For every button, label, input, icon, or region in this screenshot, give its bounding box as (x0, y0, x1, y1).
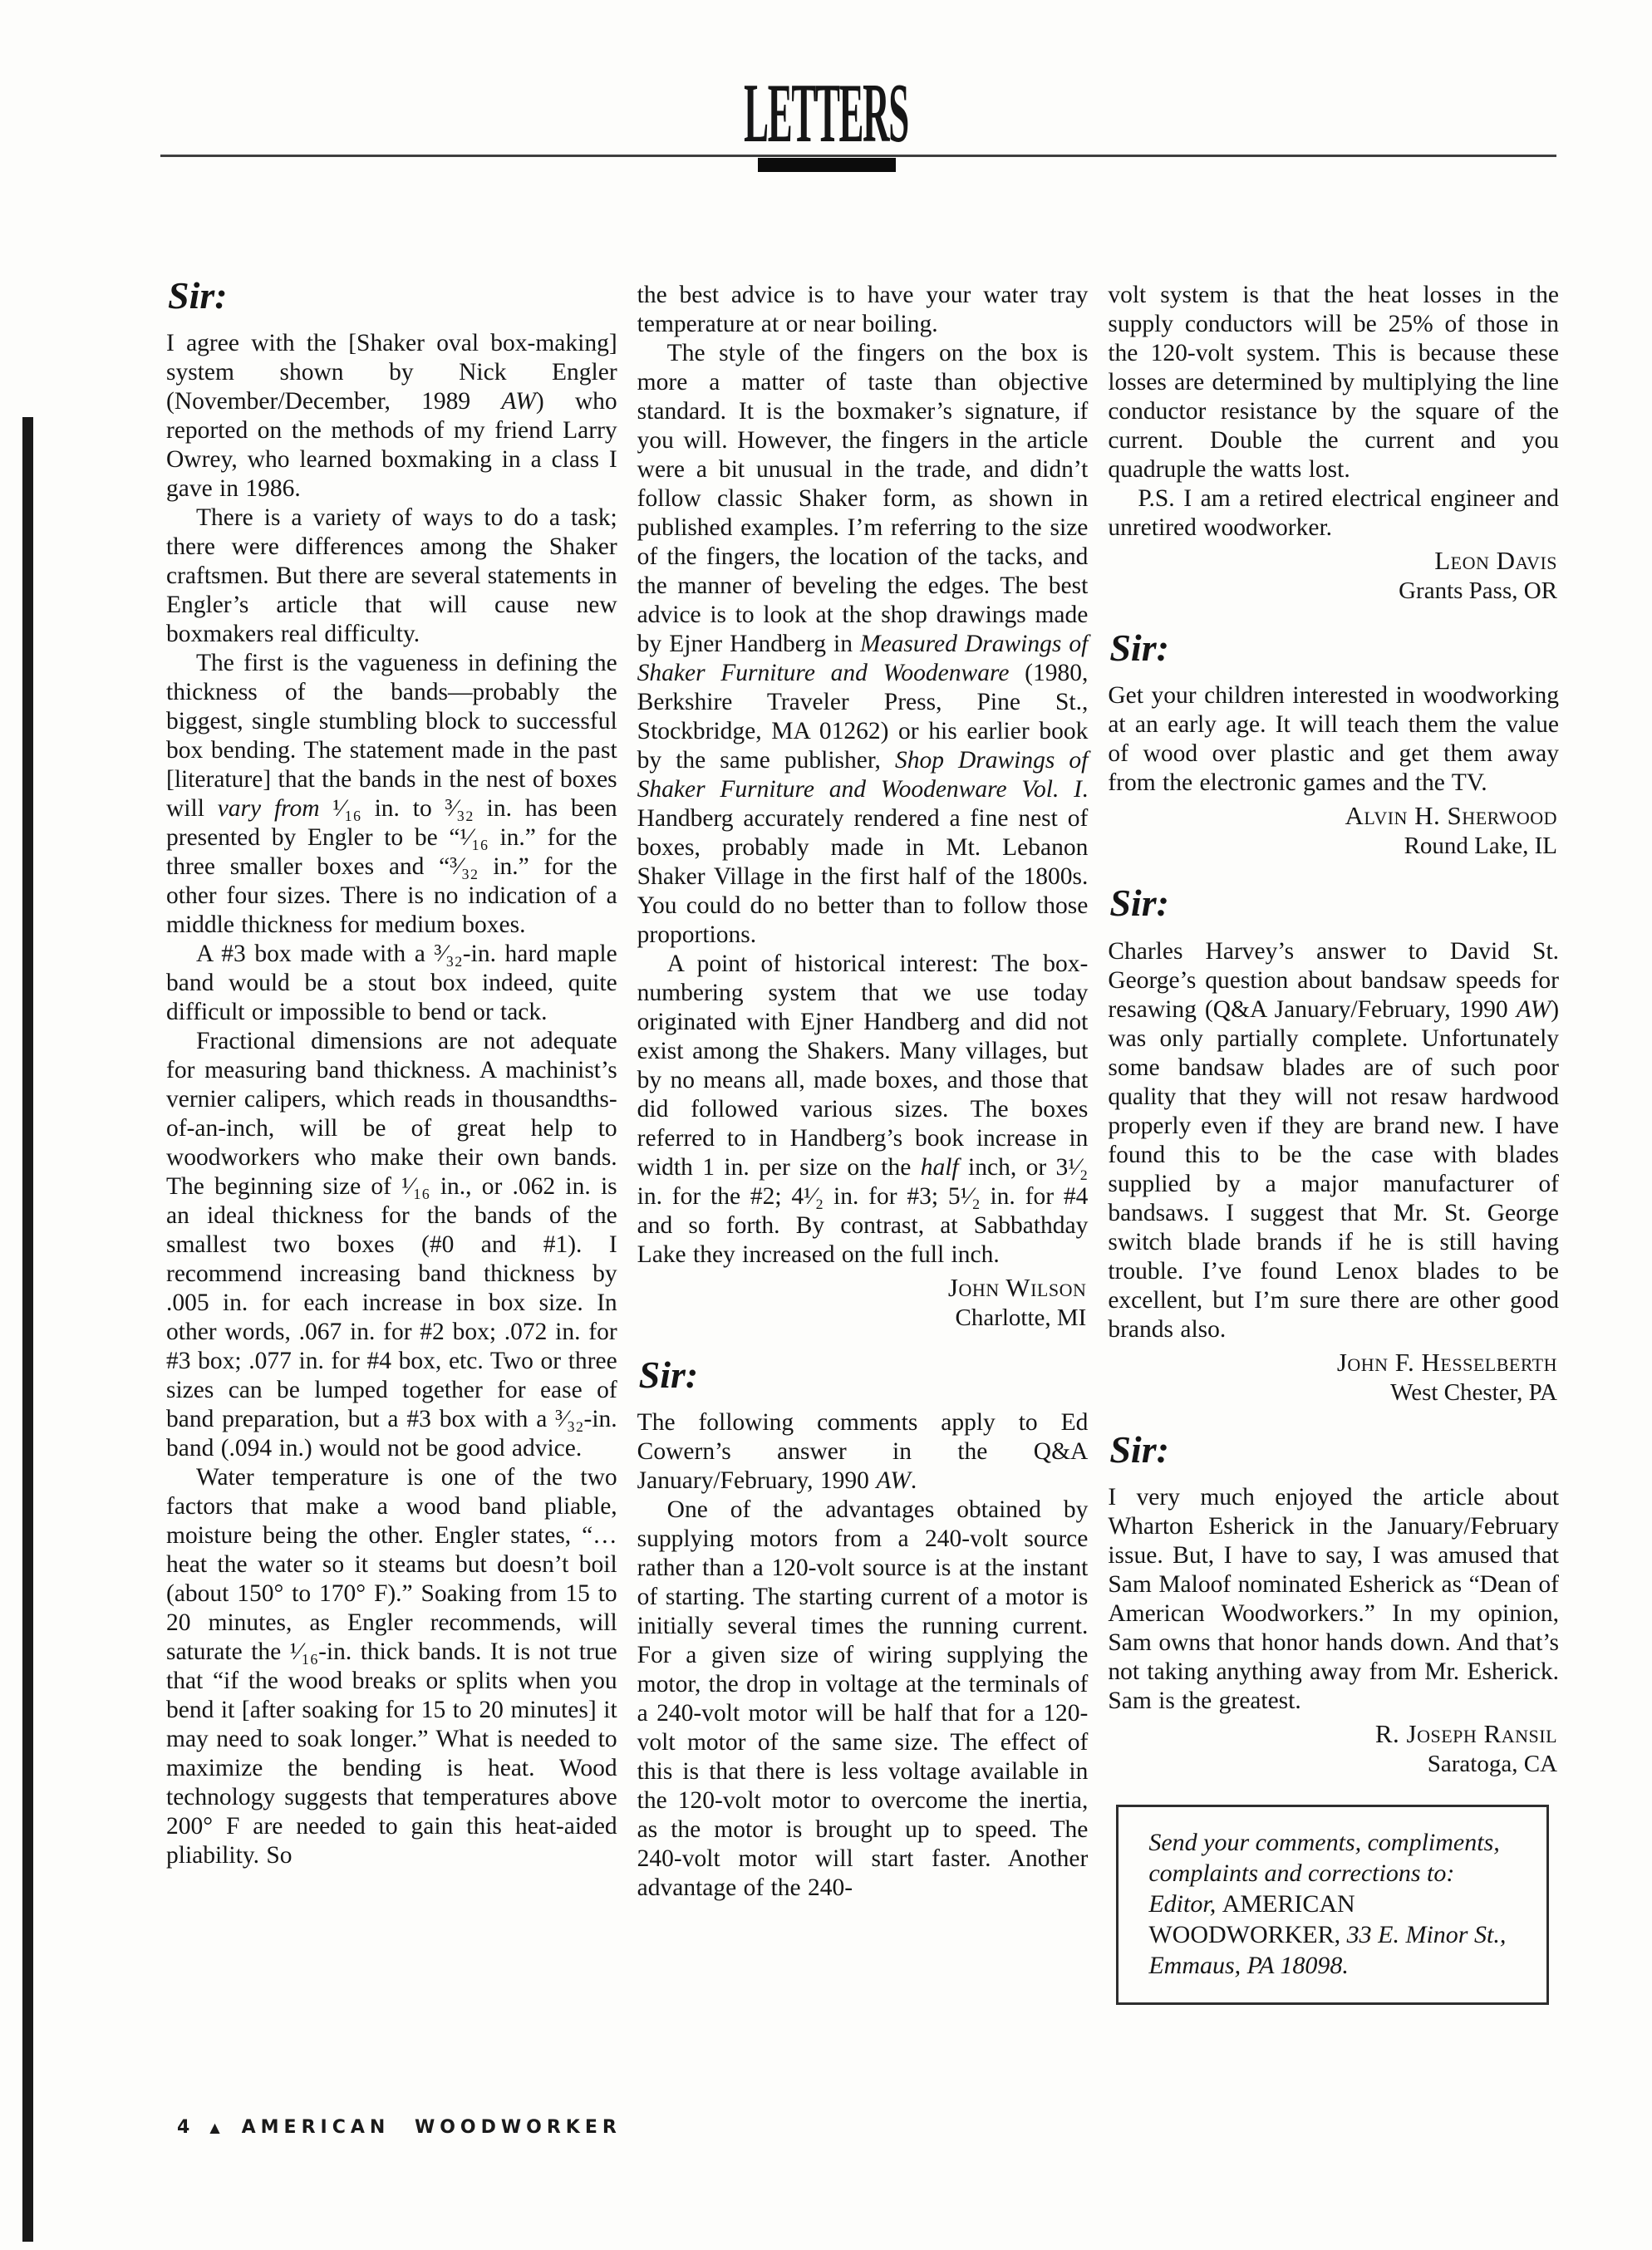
editor-notebox: Send your comments, compliments, complai… (1116, 1805, 1549, 2005)
body-text: A point of historical interest: The box-… (637, 951, 1089, 1181)
body-text: . (911, 1467, 917, 1494)
signature-name: John F. Hesselberth (1108, 1347, 1557, 1378)
body-text: Get your children interested in woodwork… (1108, 682, 1559, 796)
page-footer: 4 ▲ AMERICAN WOODWORKER (177, 2117, 622, 2138)
letter-salutation: Sir: (168, 276, 617, 316)
triangle-icon: ▲ (209, 2120, 219, 2135)
column-3: volt system is that the heat losses in t… (1108, 281, 1559, 2005)
magazine-page: LETTERS Sir:I agree with the [Shaker ova… (0, 0, 1652, 2250)
header-accent-bar (758, 158, 896, 172)
column-2: the best advice is to have your water tr… (637, 281, 1089, 1903)
italic-text: AW (876, 1467, 911, 1494)
signature-name: Alvin H. Sherwood (1108, 800, 1557, 831)
signature-location: West Chester, PA (1108, 1378, 1557, 1408)
letter-salutation: Sir: (639, 1355, 1089, 1395)
signature-location: Grants Pass, OR (1108, 576, 1557, 607)
letter-paragraph: A point of historical interest: The box-… (637, 950, 1089, 1270)
letter-signature: Leon DavisGrants Pass, OR (1108, 545, 1557, 607)
body-text: One of the advantages obtained by supply… (637, 1496, 1089, 1901)
body-text: The style of the fingers on the box is m… (637, 340, 1089, 657)
signature-name: Leon Davis (1108, 545, 1557, 576)
letter-paragraph: The first is the vagueness in defining t… (166, 649, 617, 940)
italic-text: AW (1517, 996, 1551, 1023)
body-text: I very much enjoyed the article about Wh… (1108, 1484, 1559, 1714)
letter-signature: John F. HesselberthWest Chester, PA (1108, 1347, 1557, 1408)
italic-text: half (921, 1154, 959, 1181)
body-text: volt system is that the heat losses in t… (1108, 282, 1559, 483)
letter-salutation: Sir: (1109, 883, 1559, 923)
body-text: Water temperature is one of the two fact… (166, 1464, 617, 1869)
letter-paragraph: Water temperature is one of the two fact… (166, 1463, 617, 1870)
column-1: Sir:I agree with the [Shaker oval box-ma… (166, 281, 617, 1870)
letter-paragraph: Get your children interested in woodwork… (1108, 681, 1559, 798)
body-text: Charles Harvey’s answer to David St. Geo… (1108, 938, 1559, 1023)
letter-salutation: Sir: (1109, 628, 1559, 668)
letter-paragraph: I very much enjoyed the article about Wh… (1108, 1483, 1559, 1716)
letter-paragraph: A #3 box made with a ³⁄₃₂-in. hard maple… (166, 940, 617, 1027)
italic-text: AW (501, 388, 536, 415)
italic-text: vary from (218, 795, 320, 822)
body-text: the best advice is to have your water tr… (637, 282, 1089, 337)
body-text: There is a variety of ways to do a task;… (166, 504, 617, 647)
letter-paragraph: Charles Harvey’s answer to David St. Geo… (1108, 937, 1559, 1344)
letter-paragraph: P.S. I am a retired electrical engineer … (1108, 484, 1559, 543)
page-number: 4 (177, 2117, 189, 2138)
letter-paragraph: The style of the fingers on the box is m… (637, 339, 1089, 950)
magazine-name: AMERICAN WOODWORKER (242, 2117, 622, 2138)
letter-paragraph: Fractional dimensions are not adequate f… (166, 1027, 617, 1463)
letter-signature: Alvin H. SherwoodRound Lake, IL (1108, 800, 1557, 862)
letter-signature: John WilsonCharlotte, MI (637, 1272, 1087, 1334)
letter-paragraph: the best advice is to have your water tr… (637, 281, 1089, 339)
letter-paragraph: The following comments apply to Ed Cower… (637, 1408, 1089, 1496)
letter-salutation: Sir: (1109, 1430, 1559, 1470)
signature-name: John Wilson (637, 1272, 1087, 1303)
letter-paragraph: One of the advantages obtained by supply… (637, 1496, 1089, 1903)
left-margin-rule (22, 417, 33, 2242)
body-text: A #3 box made with a ³⁄₃₂-in. hard maple… (166, 941, 617, 1025)
letters-columns: Sir:I agree with the [Shaker oval box-ma… (166, 281, 1559, 2005)
body-text: Fractional dimensions are not adequate f… (166, 1028, 617, 1462)
signature-location: Saratoga, CA (1108, 1749, 1557, 1780)
body-text: ) was only partially complete. Unfortuna… (1108, 996, 1559, 1343)
signature-location: Round Lake, IL (1108, 831, 1557, 862)
header-rule (160, 155, 1556, 157)
signature-name: R. Joseph Ransil (1108, 1718, 1557, 1749)
body-text: The following comments apply to Ed Cower… (637, 1409, 1089, 1494)
page-title: LETTERS (463, 71, 1190, 156)
signature-location: Charlotte, MI (637, 1303, 1087, 1334)
letter-paragraph: I agree with the [Shaker oval box-making… (166, 329, 617, 504)
letter-paragraph: volt system is that the heat losses in t… (1108, 281, 1559, 484)
body-text: P.S. I am a retired electrical engineer … (1108, 485, 1559, 541)
letter-signature: R. Joseph RansilSaratoga, CA (1108, 1718, 1557, 1780)
letter-paragraph: There is a variety of ways to do a task;… (166, 504, 617, 649)
